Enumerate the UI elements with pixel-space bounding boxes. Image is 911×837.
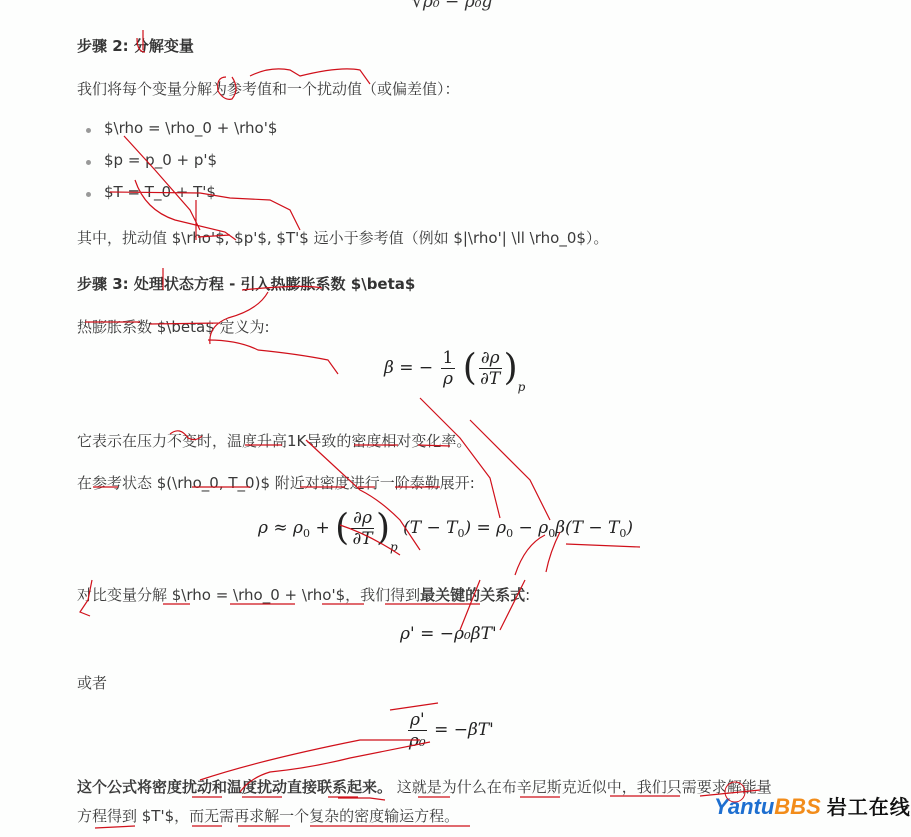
conclusion-line-1: 这个公式将密度扰动和温度扰动直接联系起来。 这就是为什么在布辛尼斯克近似中，我们… bbox=[77, 776, 772, 797]
formula-beta: β = − 1ρ (∂ρ∂T)p bbox=[384, 348, 525, 394]
bullet-icon bbox=[86, 128, 91, 133]
top-formula-fragment: √ρ₀ − ρ₀g bbox=[412, 0, 492, 12]
partial-fraction: ∂ρ∂T bbox=[479, 348, 502, 389]
comparison-text: 对比变量分解 $\rho = \rho_0 + \rho'$，我们得到最关键的关… bbox=[77, 584, 530, 605]
formula-lhs: β = − bbox=[384, 358, 433, 378]
step2-intro: 我们将每个变量分解为参考值和一个扰动值（或偏差值）： bbox=[77, 78, 460, 99]
yantubbs-watermark-logo: YantuBBS岩工在线 bbox=[714, 791, 911, 820]
list-item: $\rho = \rho_0 + \rho'$ bbox=[104, 119, 277, 137]
beta-meaning: 它表示在压力不变时，温度升高1K导致的密度相对变化率。 bbox=[77, 430, 471, 451]
list-item: $p = p_0 + p'$ bbox=[104, 151, 217, 169]
perturbation-note: 其中，扰动值 $\rho'$, $p'$, $T'$ 远小于参考值（例如 $|\… bbox=[77, 227, 608, 248]
list-item: $T = T_0 + T'$ bbox=[104, 183, 216, 201]
beta-definition-intro: 热膨胀系数 $\beta$ 定义为: bbox=[77, 316, 270, 337]
formula-taylor: ρ ≈ ρ0 + (∂ρ∂T)p (T − T0) = ρ0 − ρ0β(T −… bbox=[258, 508, 633, 554]
step3-heading: 步骤 3: 处理状态方程 - 引入热膨胀系数 $\beta$ bbox=[77, 273, 415, 294]
fraction: 1ρ bbox=[441, 348, 456, 389]
or-label: 或者 bbox=[77, 672, 107, 693]
taylor-intro: 在参考状态 $(\rho_0, T_0)$ 附近对密度进行一阶泰勒展开: bbox=[77, 472, 475, 493]
step2-heading: 步骤 2: 分解变量 bbox=[77, 35, 194, 56]
formula-ratio: ρ'ρ₀ = −βT' bbox=[406, 710, 494, 751]
bullet-icon bbox=[86, 192, 91, 197]
formula-key-relation: ρ' = −ρ₀βT' bbox=[400, 624, 497, 644]
bullet-icon bbox=[86, 160, 91, 165]
conclusion-line-2: 方程得到 $T'$，而无需再求解一个复杂的密度输运方程。 bbox=[77, 805, 459, 826]
